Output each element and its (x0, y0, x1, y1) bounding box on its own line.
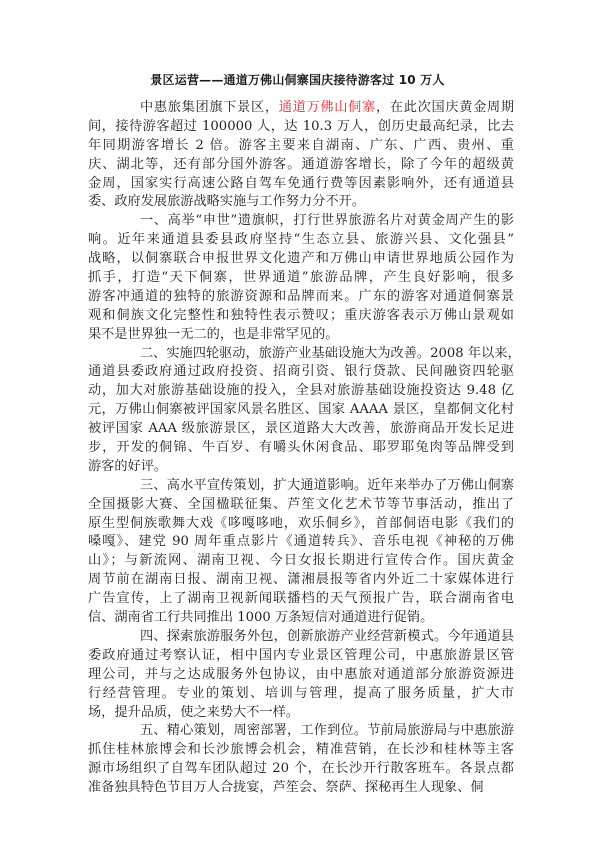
text-line: 通道县委政府通过政府投资、招商引资、银行贷款、民间融资四轮驱 (88, 363, 514, 382)
text-line: 游客的好评。 (88, 458, 514, 477)
text-line: 五、精心策划，周密部署，工作到位。节前局旅游局与中惠旅游 (88, 722, 514, 741)
document-title: 景区运营——通道万佛山侗寨国庆接待游客过 10 万人 (0, 71, 595, 88)
text-line: 步，开发的侗锦、牛百岁、有嚼头休闲食品、耶罗耶兔肉等品牌受到 (88, 439, 514, 458)
text-line: 委、政府发展旅游战略实施与工作努力分不开。 (88, 193, 514, 212)
text-line: 一、高举“申世”遗旗帜，打行世界旅游名片对黄金周产生的影 (88, 212, 514, 231)
text-line: 委政府通过考察认证，相中国内专业景区管理公司，中惠旅游景区管 (88, 647, 514, 666)
text-line: 被评国家 AAA 级旅游景区，景区道路大大改善，旅游商品开发长足进 (88, 420, 514, 439)
text-line: 庆、湖北等，还有部分国外游客。通道游客增长，除了今年的超级黄 (88, 156, 514, 175)
paragraph-section-1: 一、高举“申世”遗旗帜，打行世界旅游名片对黄金周产生的影响。近年来通道县委县政府… (88, 212, 514, 344)
paragraph-intro: 中惠旅集团旗下景区，通道万佛山侗寨，在此次国庆黄金周期间，接待游客超过 1000… (88, 99, 514, 212)
paragraph-section-2: 二、实施四轮驱动，旅游产业基础设施大为改善。2008 年以来，通道县委政府通过政… (88, 345, 514, 477)
text-line: 信、湖南省工行共同推出 1000 万条短信对通道进行促销。 (88, 609, 514, 628)
paragraph-section-4: 四、探索旅游服务外包，创新旅游产业经营新模式。今年通道县委政府通过考察认证，相中… (88, 628, 514, 722)
text-line: 场，提升品质，使之来势大不一样。 (88, 704, 514, 723)
text-line: 全国摄影大赛、全国楹联征集、芦笙文化艺术节等节事活动，推出了 (88, 496, 514, 515)
text-line: 准备独具特色节目万人合拢宴，芦笙会、祭萨、探秘再生人现象、侗 (88, 779, 514, 798)
text-line: 抓住桂林旅博会和长沙旅博会机会，精准营销，在长沙和桂林等主客 (88, 741, 514, 760)
text-line: 行经营管理。专业的策划、培训与管理，提高了服务质量，扩大市 (88, 685, 514, 704)
document-body: 中惠旅集团旗下景区，通道万佛山侗寨，在此次国庆黄金周期间，接待游客超过 1000… (88, 99, 514, 798)
text-line: 抓手，打造“天下侗寨，世界通道”旅游品牌，产生良好影响，很多 (88, 269, 514, 288)
text-line: 原生型侗族歌舞大戏《哆嘎哆吔，欢乐侗乡》，首部侗语电影《我们的 (88, 515, 514, 534)
text-line: 动，加大对旅游基础设施的投入，全县对旅游基础设施投资达 9.48 亿 (88, 382, 514, 401)
paragraph-section-3: 三、高水平宣传策划，扩大通道影响。近年来举办了万佛山侗寨全国摄影大赛、全国楹联征… (88, 477, 514, 628)
text-line: 源市场组织了自驾车团队超过 20 个，在长沙开行散客班车。各景点都 (88, 760, 514, 779)
text-line: 观和侗族文化完整性和独特性表示赞叹；重庆游客表示万佛山景观如 (88, 307, 514, 326)
highlighted-scenic-name: 通道万佛山侗寨 (279, 100, 376, 115)
text-line: 年同期游客增长 2 倍。游客主要来自湖南、广东、广西、贵州、重 (88, 137, 514, 156)
text-line: 四、探索旅游服务外包，创新旅游产业经营新模式。今年通道县 (88, 628, 514, 647)
text-line: 三、高水平宣传策划，扩大通道影响。近年来举办了万佛山侗寨 (88, 477, 514, 496)
text-segment: 中惠旅集团旗下景区， (140, 100, 279, 115)
text-line: 游客冲通道的独特的旅游资源和品牌而来。广东的游客对通道侗寨景 (88, 288, 514, 307)
text-line: 金周，国家实行高速公路自驾车免通行费等因素影响外，还有通道县 (88, 175, 514, 194)
document-page: 景区运营——通道万佛山侗寨国庆接待游客过 10 万人 中惠旅集团旗下景区，通道万… (0, 0, 595, 842)
text-line: 战略，以侗寨联合申报世界文化遗产和万佛山申请世界地质公园作为 (88, 250, 514, 269)
text-segment: ，在此次国庆黄金周期 (376, 100, 514, 115)
text-line: 嗓嘎》、建党 90 周年重点影片《通道转兵》、音乐电视《神秘的万佛 (88, 533, 514, 552)
text-line: 广告宣传，上了湖南卫视新闻联播档的天气预报广告，联合湖南省电 (88, 590, 514, 609)
text-line: 二、实施四轮驱动，旅游产业基础设施大为改善。2008 年以来， (88, 345, 514, 364)
text-line: 理公司，并与之达成服务外包协议，由中惠旅对通道部分旅游资源进 (88, 666, 514, 685)
text-line: 果不是世界独一无二的，也是非常罕见的。 (88, 326, 514, 345)
text-line: 元，万佛山侗寨被评国家风景名胜区、国家 AAAA 景区，皇都侗文化村 (88, 401, 514, 420)
paragraph-section-5: 五、精心策划，周密部署，工作到位。节前局旅游局与中惠旅游抓住桂林旅博会和长沙旅博… (88, 722, 514, 798)
text-line: 中惠旅集团旗下景区，通道万佛山侗寨，在此次国庆黄金周期 (88, 99, 514, 118)
text-line: 间，接待游客超过 100000 人，达 10.3 万人，创历史最高纪录，比去 (88, 118, 514, 137)
text-line: 山》；与新流网、湖南卫视、今日女报长期进行宣传合作。国庆黄金 (88, 552, 514, 571)
text-line: 响。近年来通道县委县政府坚持“生态立县、旅游兴县、文化强县” (88, 231, 514, 250)
text-line: 周节前在湖南日报、湖南卫视、潇湘晨报等省内外近二十家媒体进行 (88, 571, 514, 590)
